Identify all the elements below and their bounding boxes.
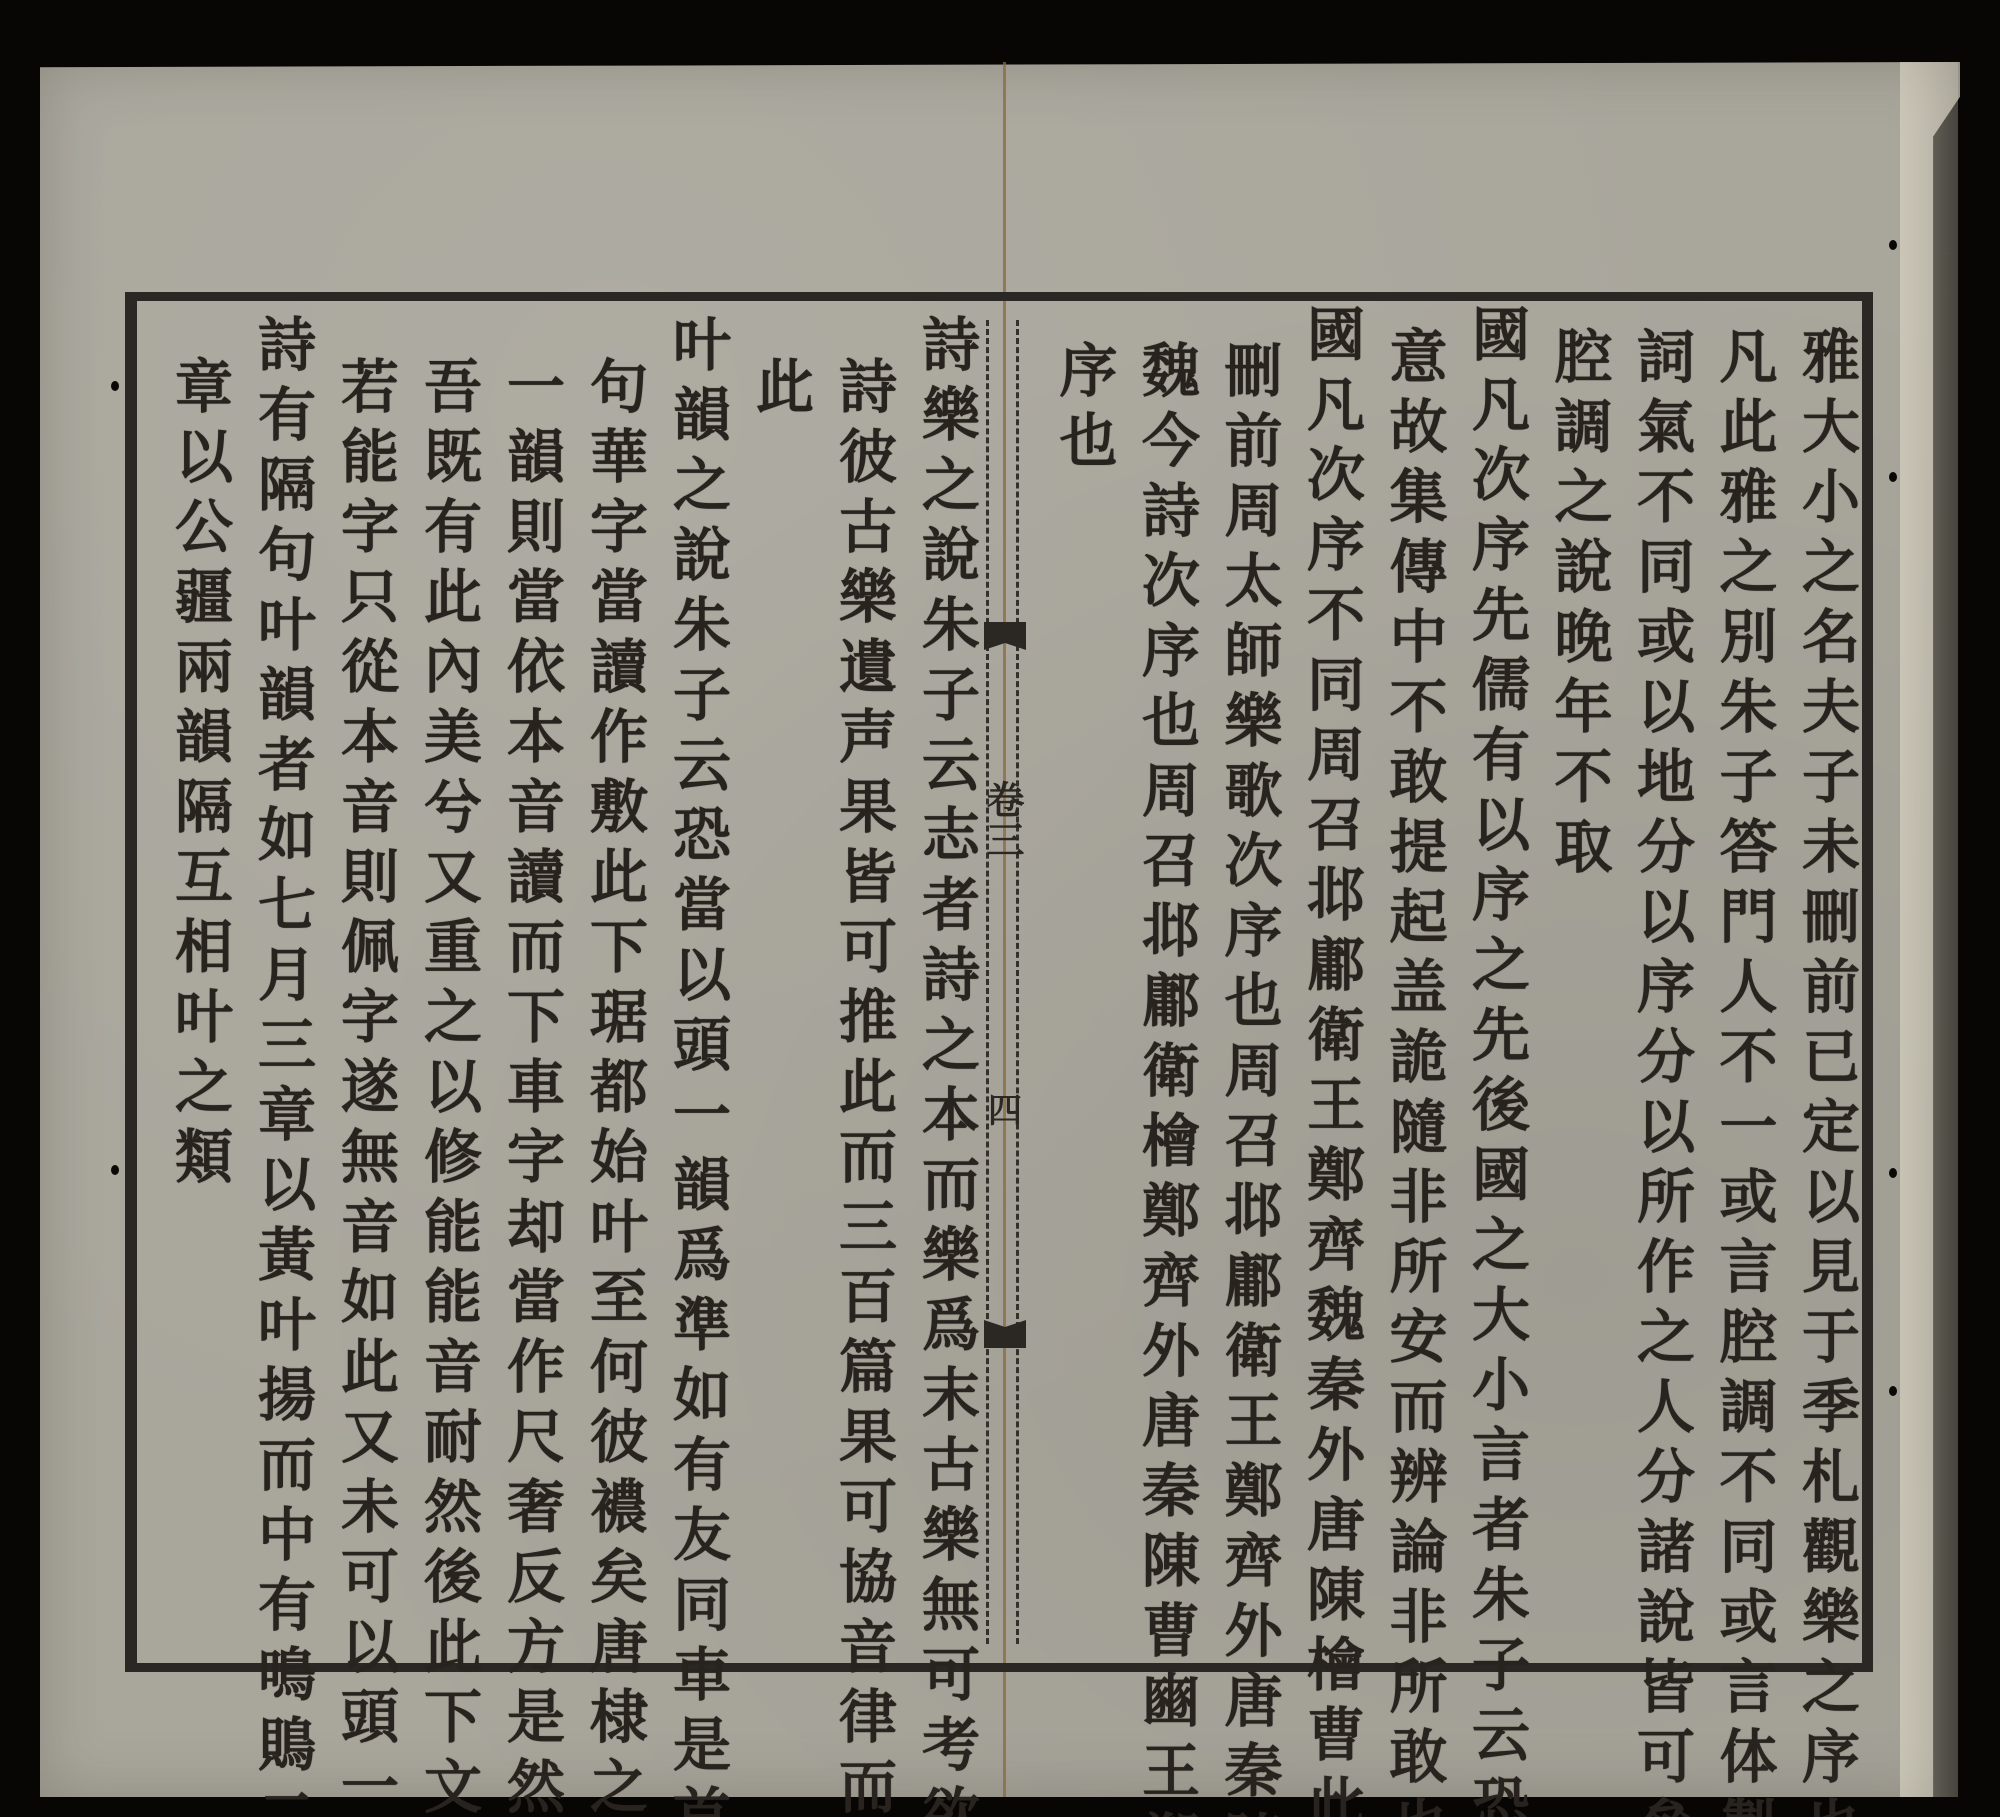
text-column: 句華字當讀作敷此下琚都始叶至何彼襛矣唐棣之華是第 <box>560 300 643 1664</box>
binding-hole <box>1889 240 1897 250</box>
text-column: 魏今詩次序也周召邶鄘衛檜鄭齊外唐秦陳曹豳王鄭譜次 <box>1113 300 1196 1664</box>
text-column: 凡此雅之別朱子答門人不一或言腔調不同或言体製不同此 <box>1690 300 1773 1664</box>
margin-rule-left <box>986 320 989 1644</box>
text-column: 國凡次序先儒有以序之先後國之大小言者朱子云恐未必有 <box>1443 300 1526 1664</box>
text-column: 意故集傳中不敢提起盖詭隨非所安而辨論非所敢也 <box>1360 300 1443 1664</box>
text-column: 若能字只從本音則佩字遂無音如此又未可以頭一韻爲定 <box>311 300 394 1664</box>
text-column: 此 <box>726 300 809 1664</box>
right-page-text: 雅大小之名夫子未刪前已定以見于季札觀樂之序也 凡此雅之別朱子答門人不一或言腔調不… <box>1030 300 1855 1664</box>
margin-rule-right <box>1016 320 1019 1644</box>
text-column: 詩有隔句叶韻者如七月三章以黃叶揚而中有鳴鵙二句列文 <box>228 300 311 1664</box>
text-column: 國凡次序不同周召邶鄘衛王鄭齊魏秦外唐陳檜曹此孔子未 <box>1278 300 1361 1664</box>
binding-hole <box>111 1165 119 1175</box>
page-number: 四 <box>985 1083 1025 1132</box>
left-page-text: 詩樂之說朱子云志者詩之本而樂爲末古樂無可考欲以声求 詩彼古樂遺声果皆可推此而三百… <box>145 300 975 1664</box>
volume-label: 卷三 <box>980 780 1030 860</box>
text-column: 詩彼古樂遺声果皆可推此而三百篇果可協音律而被管絃 <box>809 300 892 1664</box>
text-column: 詩樂之說朱子云志者詩之本而樂爲末古樂無可考欲以声求 <box>892 300 975 1664</box>
text-column: 叶韻之說朱子云恐當以頭一韻爲準如有友同車是首句則二 <box>643 300 726 1664</box>
binding-hole <box>1889 472 1897 482</box>
text-column: 腔調之說晚年不取 <box>1525 300 1608 1664</box>
text-column: 序也 <box>1030 300 1113 1664</box>
binding-hole <box>111 381 119 391</box>
text-column: 一韻則當依本音讀而下車字却當作尺奢反方是然㹠詞紛 <box>477 300 560 1664</box>
text-column: 刪前周太師樂歌次序也周召邶鄘衛王鄭齊外唐秦陳檜曹 <box>1195 300 1278 1664</box>
center-margin <box>978 300 1028 1664</box>
faint-bleedthrough-marks: ·· <box>1932 250 1957 324</box>
text-column: 吾既有此內美兮又重之以修能能音耐然後此下文佩字叶 <box>394 300 477 1664</box>
text-column: 詞氣不同或以地分以序分以所作之人分諸說皆可參考惟 <box>1608 300 1691 1664</box>
text-column: 章以公疆兩韻隔互相叶之類 <box>145 300 228 1664</box>
binding-hole <box>1889 1386 1897 1396</box>
text-column: 雅大小之名夫子未刪前已定以見于季札觀樂之序也 <box>1773 300 1856 1664</box>
binding-hole <box>1889 1168 1897 1178</box>
